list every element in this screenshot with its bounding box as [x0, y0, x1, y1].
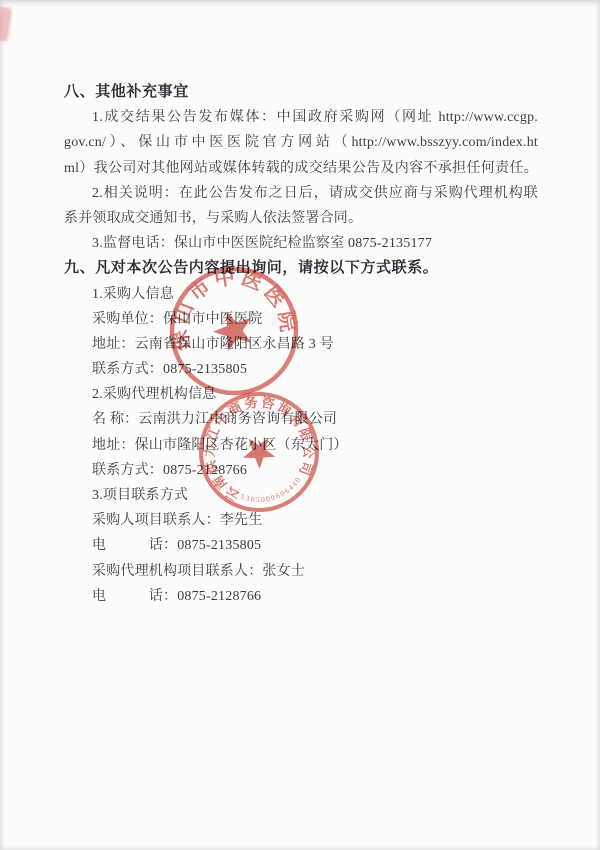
agency-seal-number: 5305000606440: [237, 473, 307, 512]
contact-phone-line: 电 话：0875-2128766: [64, 584, 538, 609]
seal-star-icon: [236, 429, 280, 473]
section-8-heading: 八、其他补充事宜: [64, 80, 538, 105]
svg-text:5305000606440: 5305000606440: [237, 473, 307, 512]
contact-phone-line: 电 话：0875-2135805: [64, 533, 538, 558]
document-page: 八、其他补充事宜 1.成交结果公告发布媒体：中国政府采购网（网址 http://…: [0, 0, 600, 850]
document-line: ml）我公司对其他网站或媒体转载的成交结果公告及内容不承担任何责任。: [64, 156, 538, 181]
contact-person-line: 采购代理机构项目联系人：张女士: [64, 559, 538, 584]
seal-star-icon: [208, 304, 259, 353]
document-line: 系并领取成交通知书，与采购人依法签署合同。: [64, 206, 538, 231]
scan-ink-smudge: [0, 6, 12, 41]
document-line: 1.成交结果公告发布媒体：中国政府采购网（网址 http://www.ccgp.: [64, 105, 538, 130]
document-line: gov.cn/）、保山市中医医院官方网站（http://www.bsszyy.c…: [64, 130, 538, 155]
agency-official-seal: 云南洪力江中商务咨询有限公司 5305000606440: [179, 372, 339, 532]
document-line: 2.相关说明：在此公告发布之日后，请成交供应商与采购代理机构联: [64, 181, 538, 206]
